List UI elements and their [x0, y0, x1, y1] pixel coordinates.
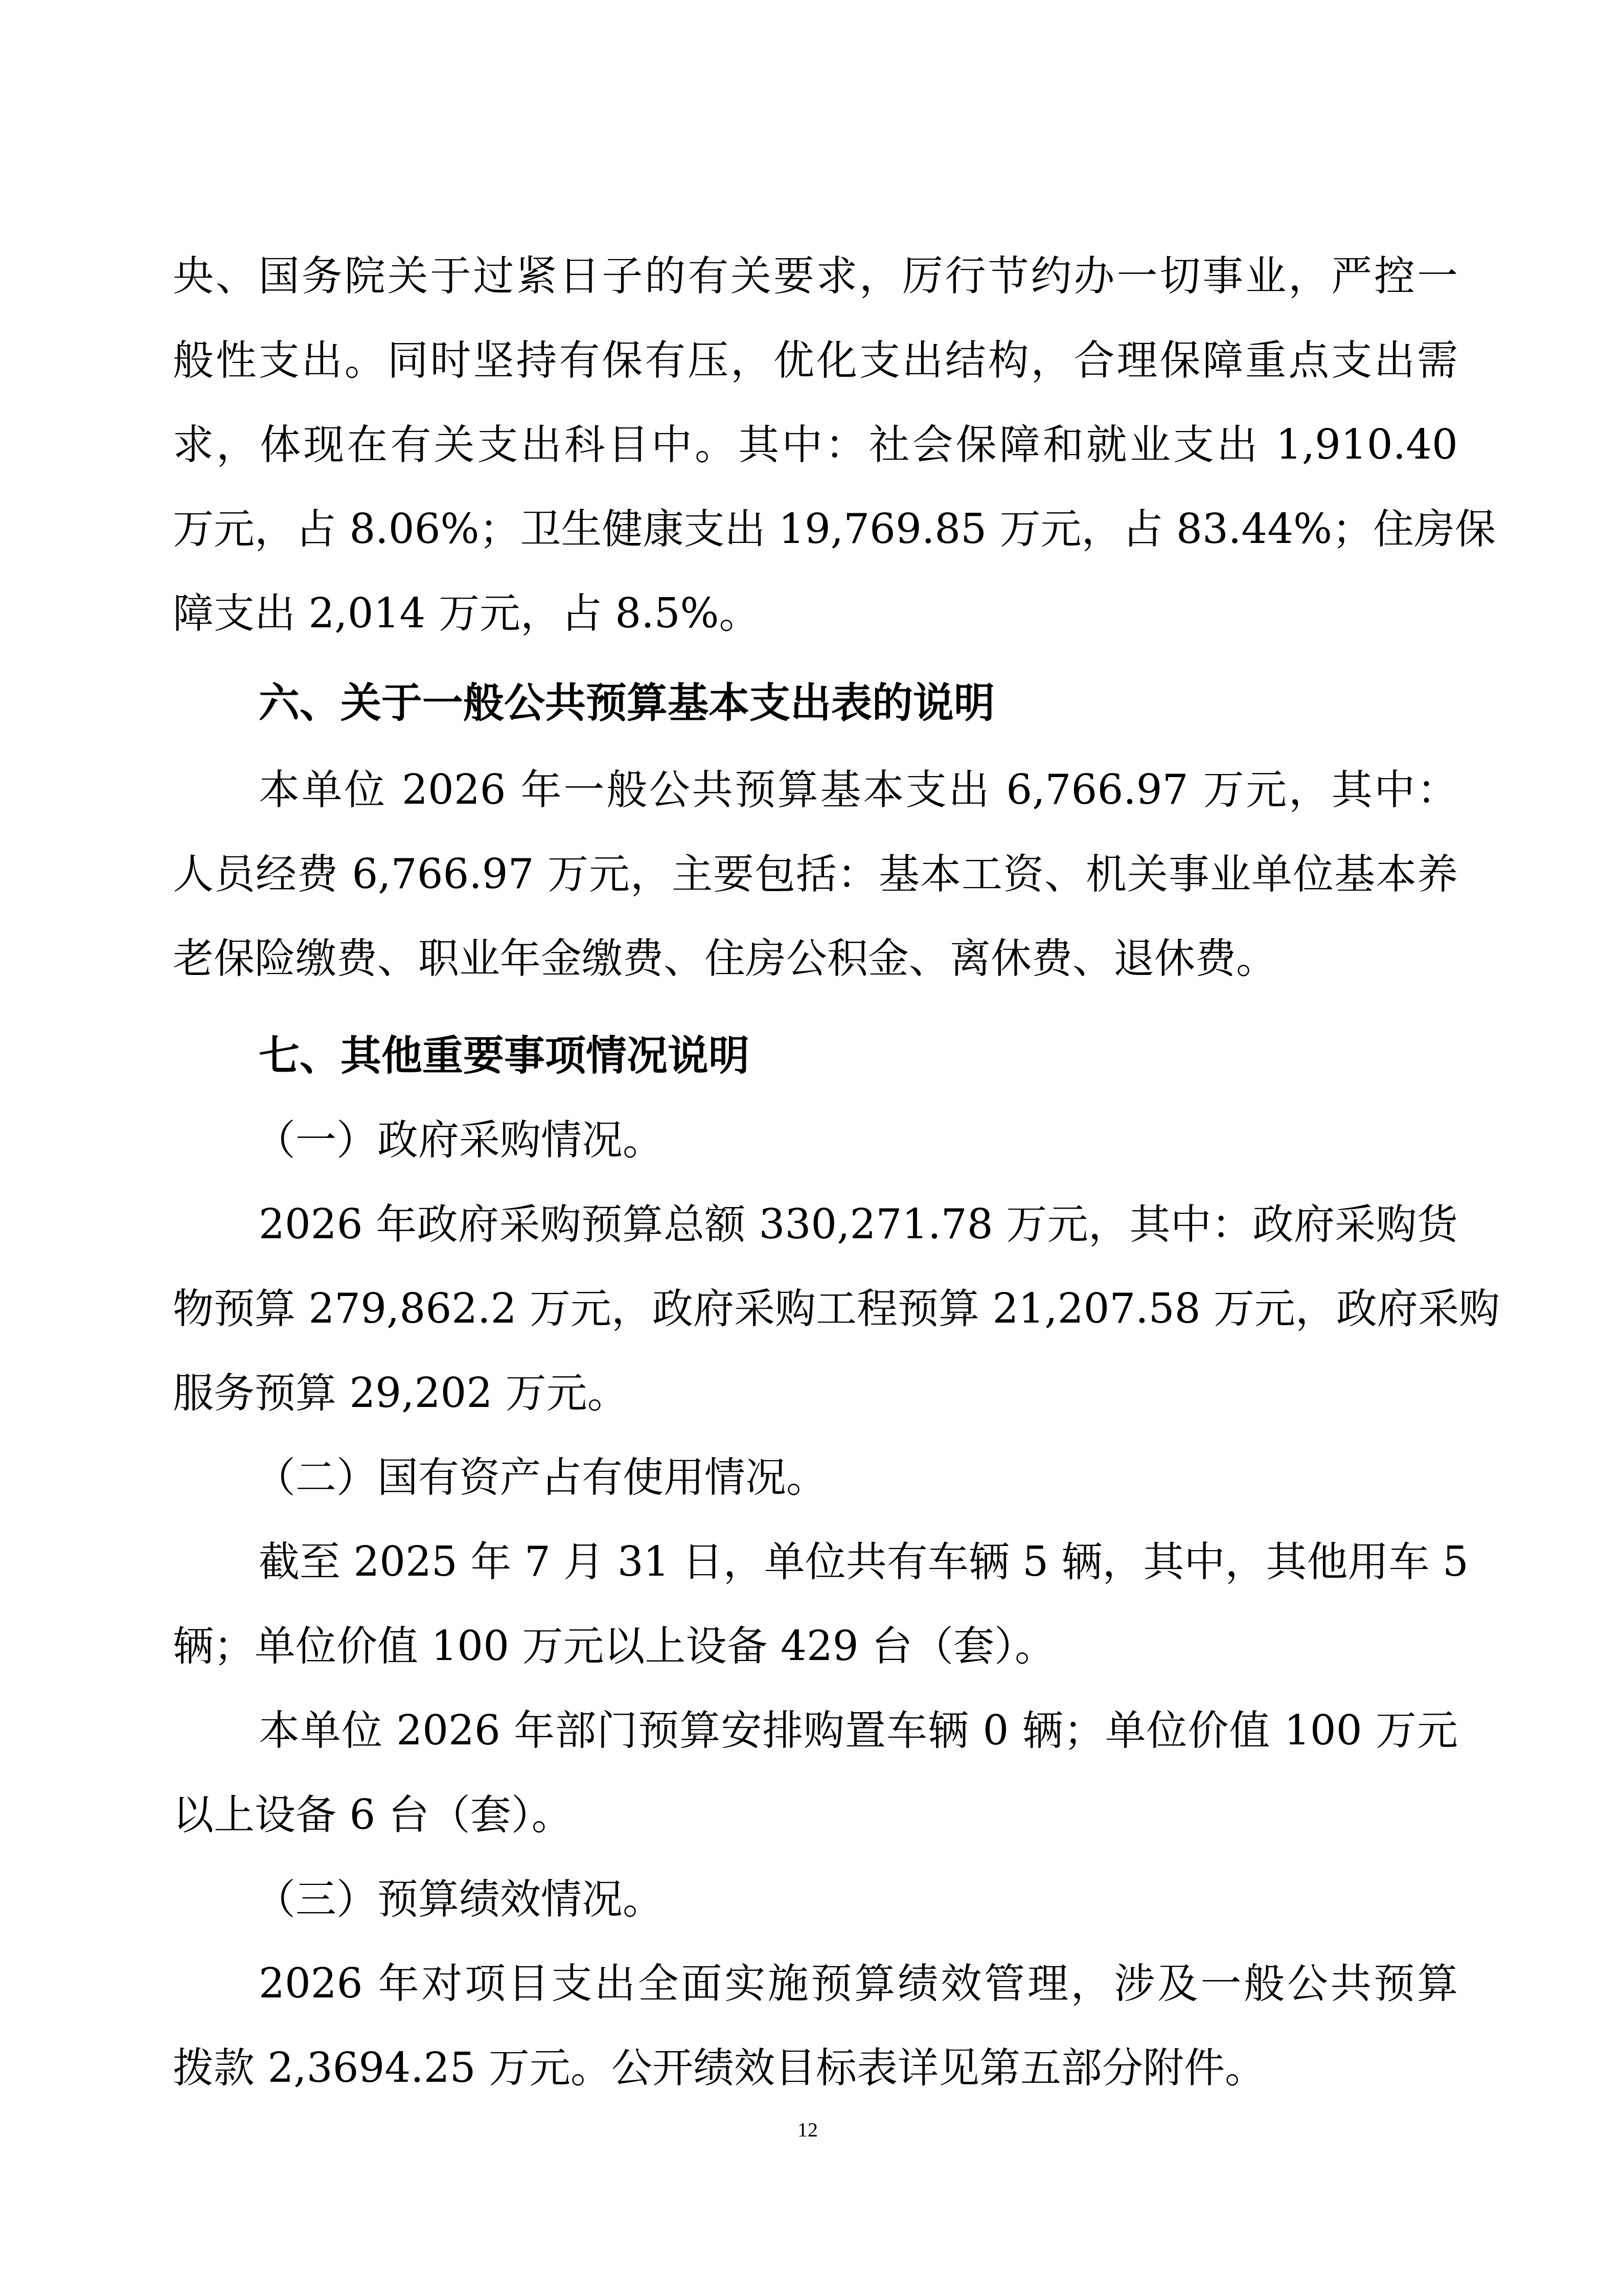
subsection-heading: （三）预算绩效情况。	[255, 1871, 664, 1927]
text-line: 央、国务院关于过紧日子的有关要求，厉行节约办一切事业，严控一	[173, 248, 1458, 304]
text-line: 以上设备 6 台（套）。	[173, 1787, 573, 1843]
text-line: 障支出 2,014 万元，占 8.5%。	[173, 585, 760, 642]
text-line: 物预算 279,862.2 万元，政府采购工程预算 21,207.58 万元，政…	[173, 1281, 1458, 1337]
text-line: 辆；单位价值 100 万元以上设备 429 台（套）。	[173, 1618, 1056, 1674]
section-heading: 七、其他重要事项情况说明	[259, 1028, 749, 1084]
text-line: 服务预算 29,202 万元。	[173, 1365, 628, 1421]
text-line: 拨款 2,3694.25 万元。公开绩效目标表详见第五部分附件。	[173, 2040, 1266, 2096]
text-line: 2026 年对项目支出全面实施预算绩效管理，涉及一般公共预算	[259, 1956, 1458, 2012]
text-line: 般性支出。同时坚持有保有压，优化支出结构，合理保障重点支出需	[173, 332, 1458, 389]
text-line: 本单位 2026 年部门预算安排购置车辆 0 辆；单位价值 100 万元	[259, 1702, 1458, 1759]
text-line: 万元，占 8.06%；卫生健康支出 19,769.85 万元，占 83.44%；…	[173, 501, 1458, 557]
subsection-heading: （二）国有资产占有使用情况。	[255, 1449, 827, 1506]
text-line: 老保险缴费、职业年金缴费、住房公积金、离休费、退休费。	[173, 930, 1277, 987]
text-line: 截至 2025 年 7 月 31 日，单位共有车辆 5 辆，其中，其他用车 5	[259, 1534, 1458, 1590]
text-line: 人员经费 6,766.97 万元，主要包括：基本工资、机关事业单位基本养	[173, 846, 1458, 902]
subsection-heading: （一）政府采购情况。	[255, 1112, 664, 1168]
text-line: 2026 年政府采购预算总额 330,271.78 万元，其中：政府采购货	[259, 1196, 1458, 1253]
text-line: 求，体现在有关支出科目中。其中：社会保障和就业支出 1,910.40	[173, 417, 1458, 473]
page-number: 12	[797, 2118, 818, 2142]
text-line: 本单位 2026 年一般公共预算基本支出 6,766.97 万元，其中：	[259, 762, 1458, 818]
section-heading: 六、关于一般公共预算基本支出表的说明	[259, 675, 995, 731]
